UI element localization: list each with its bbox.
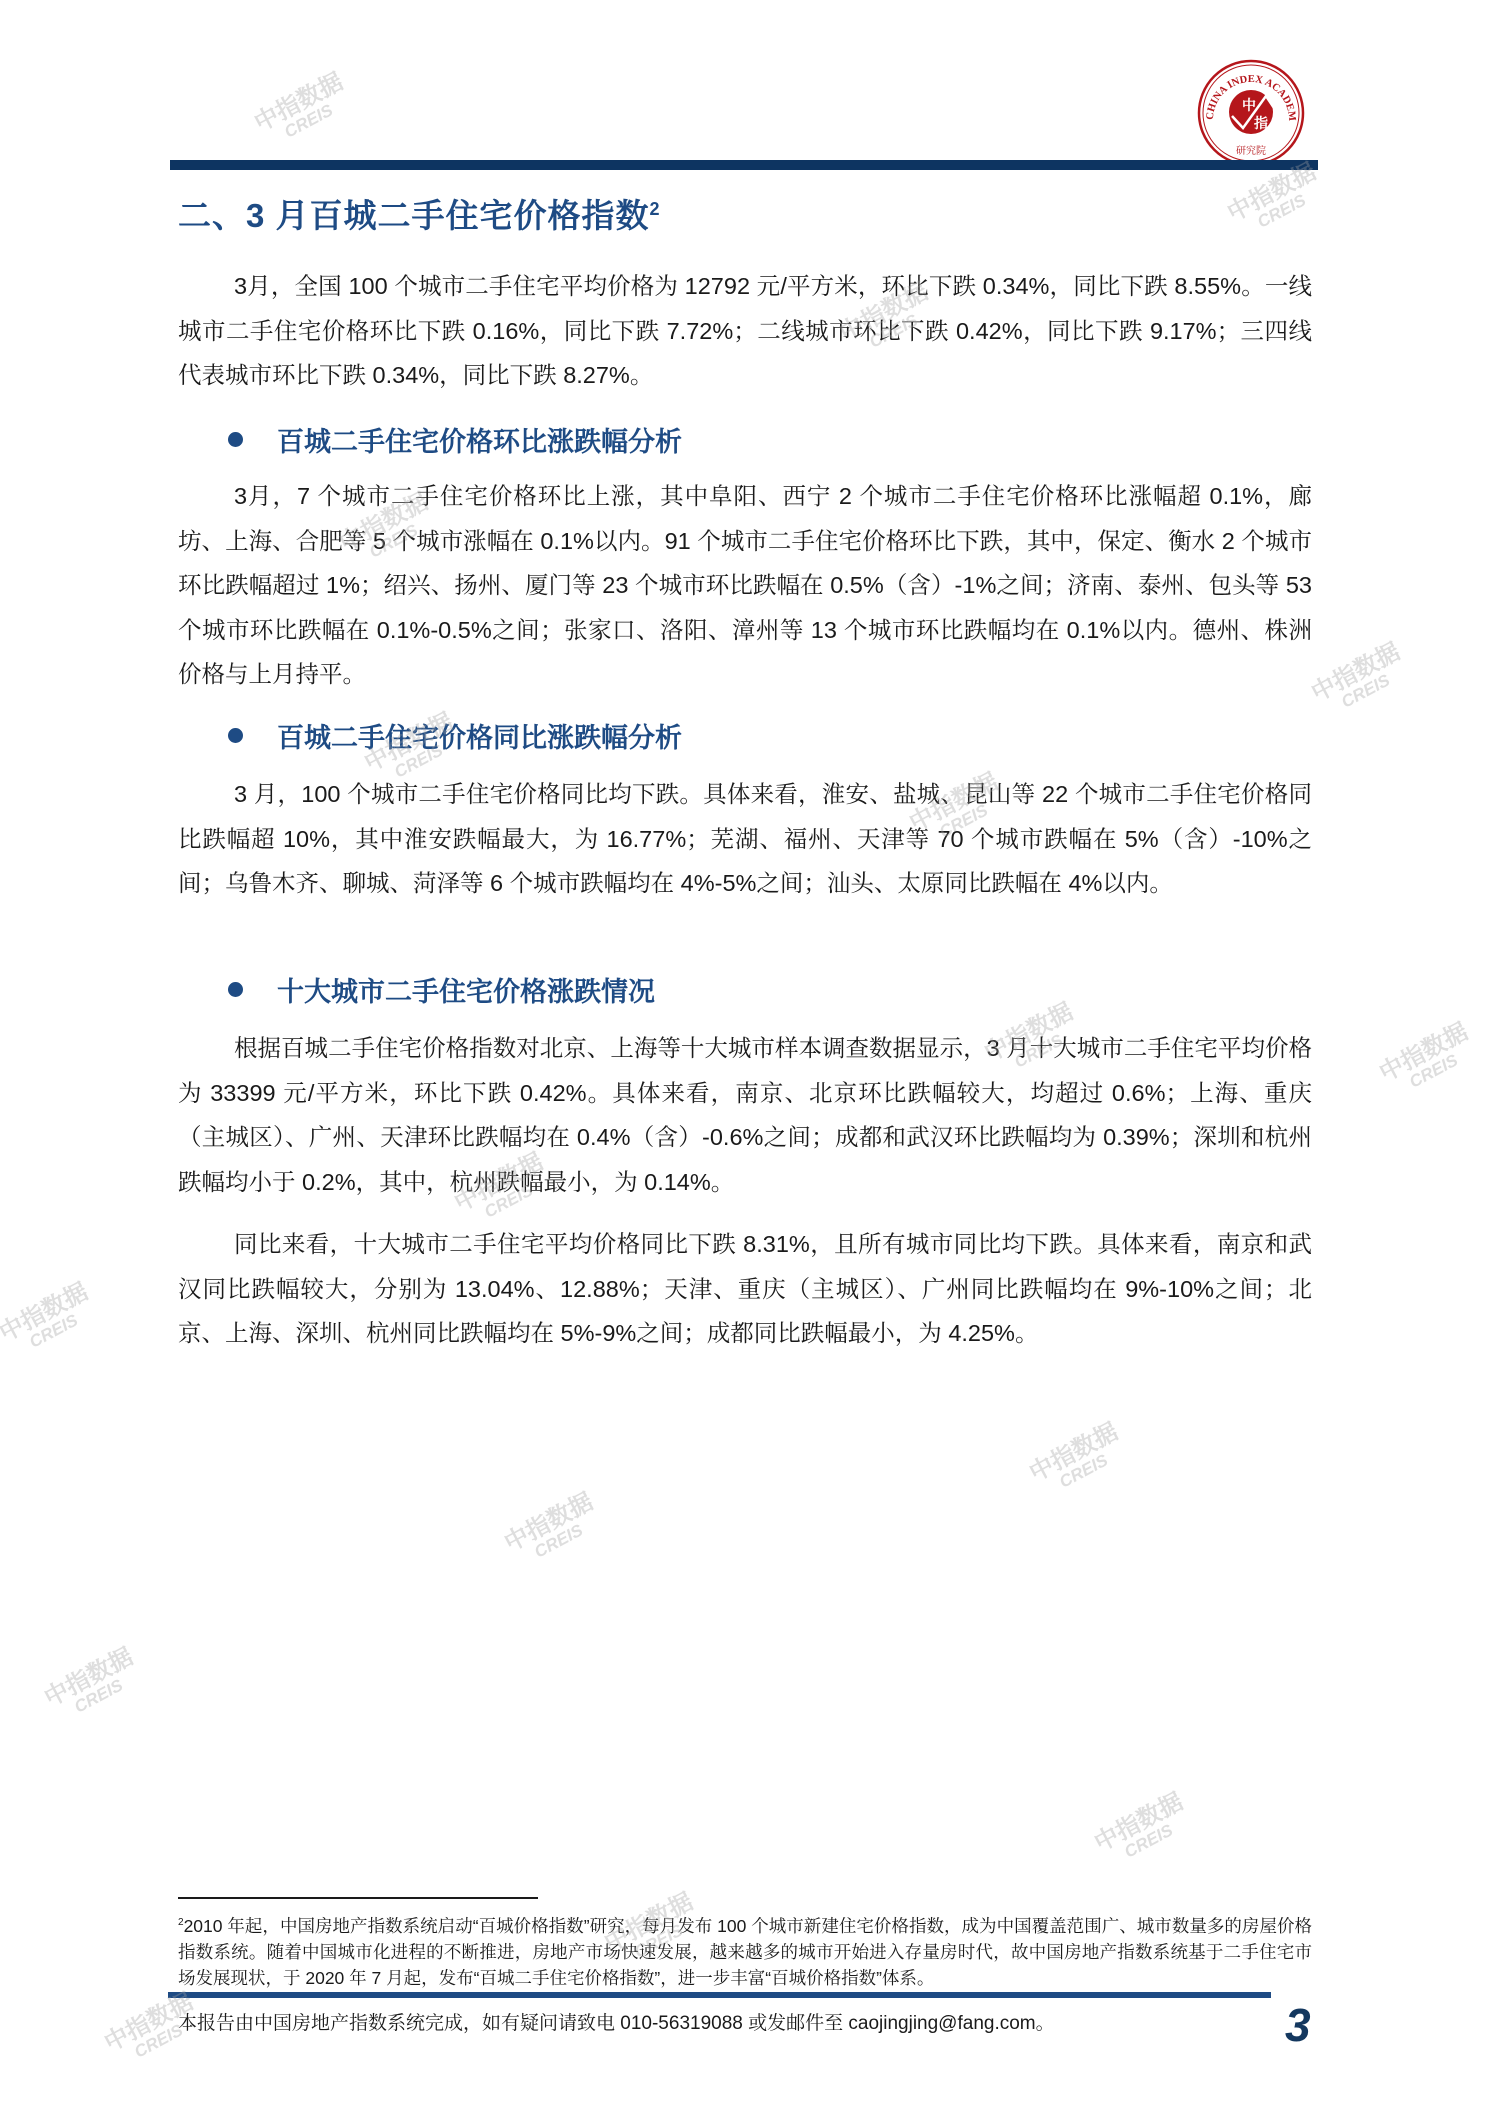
page-number: 3 [1285,1998,1311,2052]
watermark: 中指数据CREIS [1308,640,1412,721]
bullet-icon [228,432,243,447]
china-index-academy-logo: CHINA INDEX ACADEMY 中 指 研究院 [1196,58,1306,168]
watermark: 中指数据CREIS [501,1490,605,1571]
subsection-heading-text: 百城二手住宅价格环比涨跌幅分析 [277,420,682,459]
yoy-paragraph: 3 月，100 个城市二手住宅价格同比均下跌。具体来看，淮安、盐城、昆山等 22… [178,772,1312,906]
intro-paragraph: 3月，全国 100 个城市二手住宅平均价格为 12792 元/平方米，环比下跌 … [178,264,1312,398]
watermark: 中指数据CREIS [0,1280,100,1361]
subsection-heading-yoy: 百城二手住宅价格同比涨跌幅分析 [228,716,682,755]
top10-mom-paragraph: 根据百城二手住宅价格指数对北京、上海等十大城市样本调查数据显示，3 月十大城市二… [178,1026,1312,1204]
footer-contact: 本报告由中国房地产指数系统完成，如有疑问请致电 010-56319088 或发邮… [178,2008,1055,2035]
svg-text:中: 中 [1242,97,1256,114]
bullet-icon [228,982,243,997]
section-title-text: 二、3 月百城二手住宅价格指数 [178,197,650,234]
watermark: 中指数据CREIS [1026,1420,1130,1501]
watermark: 中指数据CREIS [1376,1020,1480,1101]
footnote-text: 2010 年起，中国房地产指数系统启动“百城价格指数”研究，每月发布 100 个… [178,1916,1312,1988]
subsection-heading-text: 十大城市二手住宅价格涨跌情况 [277,970,655,1009]
top10-yoy-paragraph: 同比来看，十大城市二手住宅平均价格同比下跌 8.31%，且所有城市同比均下跌。具… [178,1222,1312,1356]
subsection-heading-text: 百城二手住宅价格同比涨跌幅分析 [277,716,682,755]
footnote: 22010 年起，中国房地产指数系统启动“百城价格指数”研究，每月发布 100 … [178,1910,1312,1991]
subsection-heading-mom: 百城二手住宅价格环比涨跌幅分析 [228,420,682,459]
header-rule [170,160,1318,170]
watermark: 中指数据CREIS [41,1645,145,1726]
footnote-ref[interactable]: 2 [650,199,661,219]
svg-text:研究院: 研究院 [1236,144,1266,157]
svg-text:指: 指 [1254,115,1268,132]
watermark: 中指数据CREIS [251,70,355,151]
subsection-heading-top10: 十大城市二手住宅价格涨跌情况 [228,970,655,1009]
mom-paragraph: 3月，7 个城市二手住宅价格环比上涨，其中阜阳、西宁 2 个城市二手住宅价格环比… [178,474,1312,697]
footnote-divider [178,1897,538,1899]
watermark: 中指数据CREIS [1091,1790,1195,1871]
footer-rule [168,1992,1271,1998]
watermark: 中指数据CREIS [1224,160,1328,241]
bullet-icon [228,728,243,743]
section-title: 二、3 月百城二手住宅价格指数2 [178,190,661,237]
logo-seal-icon: CHINA INDEX ACADEMY 中 指 研究院 [1196,58,1306,168]
